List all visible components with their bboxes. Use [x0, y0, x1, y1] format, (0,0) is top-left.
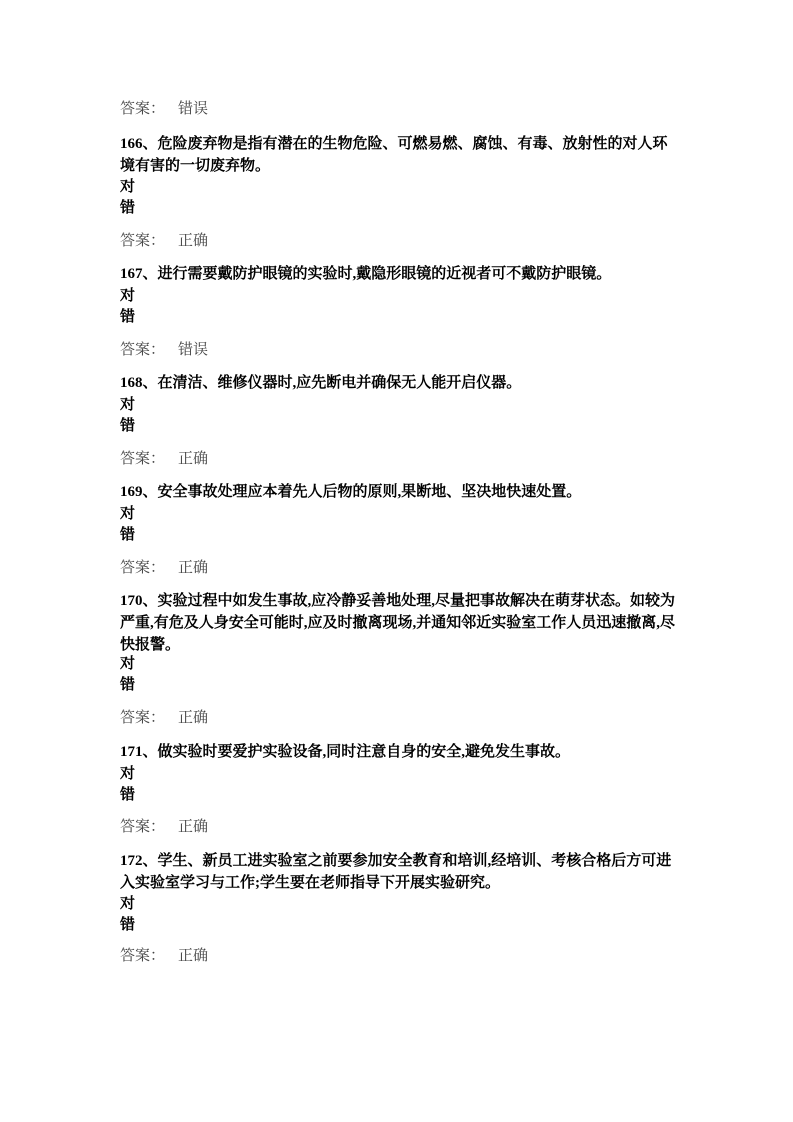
question-172: 172、学生、新员工进实验室之前要参加安全教育和培训,经培训、考核合格后方可进入…	[120, 850, 680, 894]
answer-line: 答案：正确	[120, 556, 208, 577]
option-false: 错	[120, 674, 135, 696]
answer-line: 答案：正确	[120, 447, 208, 468]
answer-label: 答案：	[120, 815, 178, 836]
answer-label: 答案：	[120, 229, 178, 250]
option-false: 错	[120, 914, 135, 936]
answer-label: 答案：	[120, 706, 178, 727]
question-169: 169、安全事故处理应本着先人后物的原则,果断地、坚决地快速处置。	[120, 481, 680, 503]
answer-line: 答案：错误	[120, 97, 208, 118]
answer-value: 错误	[178, 342, 208, 358]
answer-line: 答案：错误	[120, 338, 208, 359]
option-true: 对	[120, 394, 135, 416]
option-true: 对	[120, 763, 135, 785]
option-false: 错	[120, 306, 135, 328]
question-167: 167、进行需要戴防护眼镜的实验时,戴隐形眼镜的近视者可不戴防护眼镜。	[120, 263, 680, 285]
answer-value: 正确	[178, 560, 208, 576]
answer-label: 答案：	[120, 944, 178, 965]
question-166: 166、危险废弃物是指有潜在的生物危险、可燃易燃、腐蚀、有毒、放射性的对人环境有…	[120, 133, 680, 177]
answer-value: 正确	[178, 451, 208, 467]
answer-label: 答案：	[120, 556, 178, 577]
answer-line: 答案：正确	[120, 706, 208, 727]
option-true: 对	[120, 176, 135, 198]
answer-value: 正确	[178, 710, 208, 726]
option-true: 对	[120, 503, 135, 525]
question-170: 170、实验过程中如发生事故,应冷静妥善地处理,尽量把事故解决在萌芽状态。如较为…	[120, 590, 680, 656]
answer-value: 正确	[178, 819, 208, 835]
option-false: 错	[120, 197, 135, 219]
answer-value: 正确	[178, 948, 208, 964]
answer-line: 答案：正确	[120, 944, 208, 965]
answer-line: 答案：正确	[120, 815, 208, 836]
option-true: 对	[120, 653, 135, 675]
answer-value: 错误	[178, 101, 208, 117]
option-false: 错	[120, 524, 135, 546]
option-true: 对	[120, 285, 135, 307]
answer-value: 正确	[178, 233, 208, 249]
question-168: 168、在清洁、维修仪器时,应先断电并确保无人能开启仪器。	[120, 372, 680, 394]
answer-label: 答案：	[120, 447, 178, 468]
answer-line: 答案：正确	[120, 229, 208, 250]
option-true: 对	[120, 893, 135, 915]
answer-label: 答案：	[120, 97, 178, 118]
question-171: 171、做实验时要爱护实验设备,同时注意自身的安全,避免发生事故。	[120, 741, 680, 763]
option-false: 错	[120, 415, 135, 437]
option-false: 错	[120, 784, 135, 806]
answer-label: 答案：	[120, 338, 178, 359]
